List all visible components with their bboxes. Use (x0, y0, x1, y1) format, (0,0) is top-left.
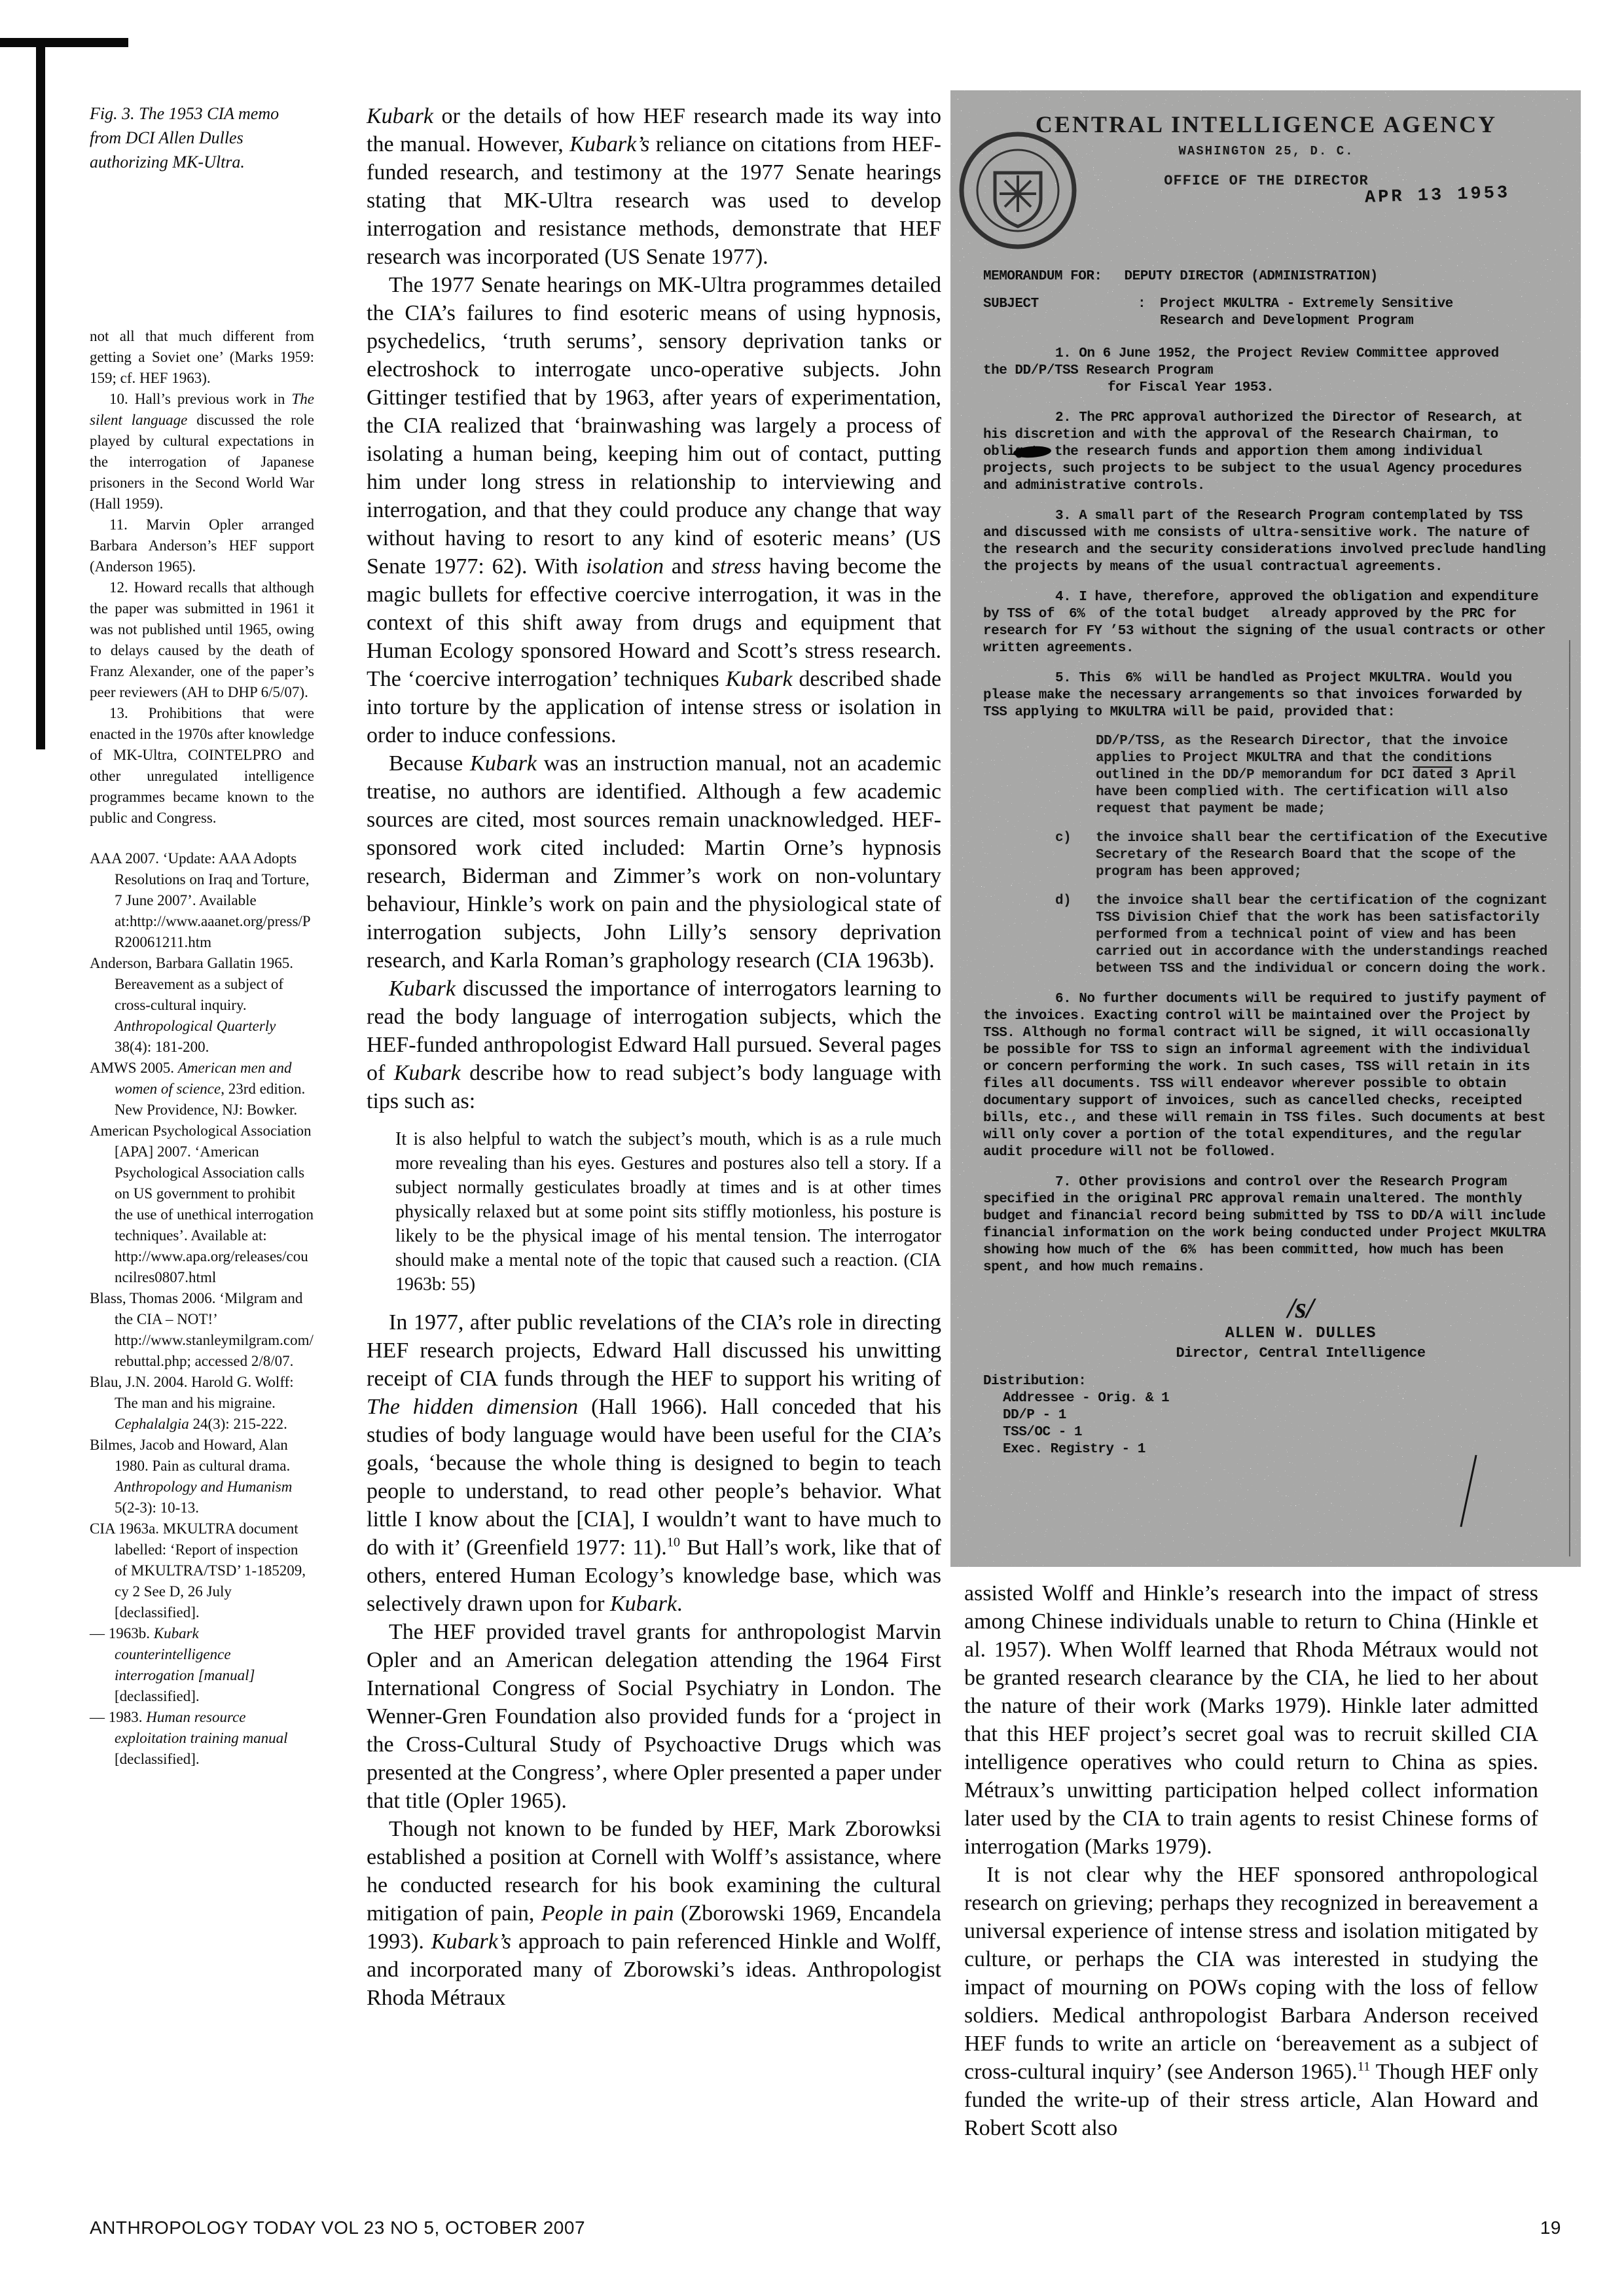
distribution-item: Exec. Registry - 1 (983, 1441, 1549, 1458)
memo-paragraph: 5. This 6% will be handled as Project MK… (983, 670, 1549, 721)
sidebar: Fig. 3. The 1953 CIA memo from DCI Allen… (90, 101, 314, 1770)
memo-list-item: d) the invoice shall bear the certificat… (1096, 893, 1549, 978)
memo-paragraph: 6. No further documents will be required… (983, 991, 1549, 1161)
signer-title: Director, Central Intelligence (1130, 1344, 1471, 1363)
body-paragraph: The 1977 Senate hearings on MK-Ultra pro… (367, 271, 941, 749)
footnote: not all that much different from getting… (90, 326, 314, 389)
footnote: 11. Marvin Opler arranged Barbara Anders… (90, 514, 314, 577)
footnote: 13. Prohibitions that were enacted in th… (90, 703, 314, 829)
body-paragraph: It is not clear why the HEF sponsored an… (964, 1861, 1538, 2142)
signer-name: ALLEN W. DULLES (1130, 1323, 1471, 1344)
body-paragraph: Kubark or the details of how HEF researc… (367, 102, 941, 271)
distribution-item: DD/P - 1 (983, 1407, 1549, 1424)
scan-artifact-top-bar (0, 38, 128, 47)
signature-mark: /s/ (1130, 1293, 1471, 1323)
reference-item: Anderson, Barbara Gallatin 1965. Bereave… (90, 953, 314, 1058)
body-paragraph: Though not known to be funded by HEF, Ma… (367, 1815, 941, 2012)
footnote: 12. Howard recalls that although the pap… (90, 577, 314, 703)
memo-for-value: DEPUTY DIRECTOR (ADMINISTRATION) (1125, 269, 1378, 284)
right-column: assisted Wolff and Hinkle’s research int… (964, 1579, 1538, 2142)
reference-item: — 1983. Human resource exploitation trai… (90, 1707, 314, 1770)
memo-date-stamp: APR 13 1953 (1364, 185, 1510, 207)
journal-footer-text: ANTHROPOLOGY TODAY VOL 23 NO 5, OCTOBER … (90, 2217, 585, 2238)
reference-item: Bilmes, Jacob and Howard, Alan 1980. Pai… (90, 1435, 314, 1518)
memo-paragraph: for Fiscal Year 1953. (983, 380, 1549, 397)
journal-page: Fig. 3. The 1953 CIA memo from DCI Allen… (0, 0, 1624, 2296)
reference-item: — 1963b. Kubark counterintelligence inte… (90, 1623, 314, 1707)
memo-paragraph: 7. Other provisions and control over the… (983, 1174, 1549, 1276)
body-paragraph: The HEF provided travel grants for anthr… (367, 1618, 941, 1815)
memo-paragraph: the DD/P/TSS Research Program (983, 363, 1549, 380)
distribution-label: Distribution: (983, 1373, 1549, 1390)
body-paragraph: In 1977, after public revelations of the… (367, 1308, 941, 1618)
scan-fold-line (1569, 640, 1570, 1556)
memo-header: CENTRAL INTELLIGENCE AGENCY WASHINGTON 2… (983, 110, 1549, 191)
memo-paragraph: 3. A small part of the Research Program … (983, 508, 1549, 576)
body-paragraph: assisted Wolff and Hinkle’s research int… (964, 1579, 1538, 1861)
main-column: Kubark or the details of how HEF researc… (367, 102, 941, 2012)
memo-list-item: c) the invoice shall bear the certificat… (1096, 830, 1549, 881)
footnotes: not all that much different from getting… (90, 326, 314, 829)
figure-caption: Fig. 3. The 1953 CIA memo from DCI Allen… (90, 101, 314, 174)
memo-for-line: MEMORANDUM FOR:DEPUTY DIRECTOR (ADMINIST… (983, 268, 1549, 285)
memo-for-label: MEMORANDUM FOR: (983, 269, 1102, 284)
memo-subject-value: Project MKULTRA - Extremely Sensitive Re… (1160, 296, 1453, 330)
page-number: 19 (1540, 2217, 1561, 2238)
reference-item: AMWS 2005. American men and women of sci… (90, 1058, 314, 1121)
journal-footer: ANTHROPOLOGY TODAY VOL 23 NO 5, OCTOBER … (90, 2217, 1561, 2238)
memo-distribution: Distribution: Addressee - Orig. & 1 DD/P… (983, 1373, 1549, 1458)
memo-subject-line: SUBJECT : Project MKULTRA - Extremely Se… (983, 296, 1549, 330)
distribution-item: Addressee - Orig. & 1 (983, 1390, 1549, 1407)
pen-stroke-artifact (1460, 1455, 1477, 1527)
cia-memo-figure: CENTRAL INTELLIGENCE AGENCY WASHINGTON 2… (950, 90, 1581, 1567)
memo-paragraph: 4. I have, therefore, approved the oblig… (983, 589, 1549, 657)
body-paragraph: Because Kubark was an instruction manual… (367, 749, 941, 975)
memo-paragraph: 1. On 6 June 1952, the Project Review Co… (983, 346, 1549, 363)
reference-item: AAA 2007. ‘Update: AAA Adopts Resolution… (90, 848, 314, 953)
distribution-item: TSS/OC - 1 (983, 1424, 1549, 1441)
reference-item: Blass, Thomas 2006. ‘Milgram and the CIA… (90, 1288, 314, 1372)
scan-artifact-left-bar (36, 39, 45, 749)
block-quote: It is also helpful to watch the subject’… (395, 1127, 941, 1297)
footnote: 10. Hall’s previous work in The silent l… (90, 389, 314, 514)
memo-subject-label: SUBJECT (983, 296, 1138, 330)
memo-paragraph: 2. The PRC approval authorized the Direc… (983, 410, 1549, 495)
cia-seal-icon (956, 122, 1093, 259)
reference-list: AAA 2007. ‘Update: AAA Adopts Resolution… (90, 848, 314, 1770)
reference-item: Blau, J.N. 2004. Harold G. Wolff: The ma… (90, 1372, 314, 1435)
memo-signature-block: /s/ ALLEN W. DULLES Director, Central In… (1130, 1293, 1471, 1363)
memo-list-item: DD/P/TSS, as the Research Director, that… (1096, 733, 1549, 818)
reference-item: CIA 1963a. MKULTRA document labelled: ‘R… (90, 1518, 314, 1623)
body-paragraph: Kubark discussed the importance of inter… (367, 975, 941, 1115)
reference-item: American Psychological Association [APA]… (90, 1121, 314, 1288)
